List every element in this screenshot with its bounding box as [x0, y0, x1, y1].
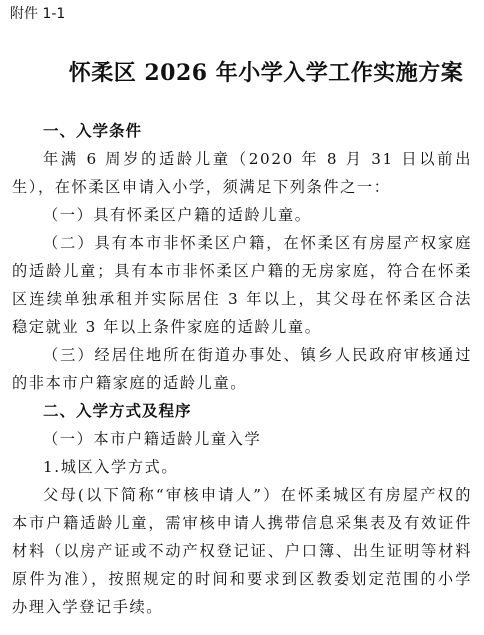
paragraph-condition-2: （二）具有本市非怀柔区户籍，在怀柔区有房屋产权家庭的适龄儿童；具有本市非怀柔区户… — [12, 229, 472, 341]
attachment-label: 附件 1-1 — [10, 3, 65, 23]
document-title: 怀柔区 2026 年小学入学工作实施方案 — [0, 56, 484, 87]
paragraph-age-requirement: 年满 6 周岁的适龄儿童（2020 年 8 月 31 日以前出生），在怀柔区申请… — [12, 145, 472, 201]
document-body: 一、入学条件 年满 6 周岁的适龄儿童（2020 年 8 月 31 日以前出生）… — [12, 117, 472, 621]
paragraph-condition-1: （一）具有怀柔区户籍的适龄儿童。 — [12, 201, 472, 229]
section-heading-admission-conditions: 一、入学条件 — [12, 117, 472, 145]
paragraph-condition-3: （三）经居住地所在街道办事处、镇乡人民政府审核通过的非本市户籍家庭的适龄儿童。 — [12, 341, 472, 397]
section-heading-admission-procedure: 二、入学方式及程序 — [12, 397, 472, 425]
paragraph-urban-procedure: 父母(以下简称“审核申请人”）在怀柔城区有房屋产权的本市户籍适龄儿童，需审核申请… — [12, 481, 472, 621]
subheading-urban-method: 1.城区入学方式。 — [12, 453, 472, 481]
subheading-local-children: （一）本市户籍适龄儿童入学 — [12, 425, 472, 453]
